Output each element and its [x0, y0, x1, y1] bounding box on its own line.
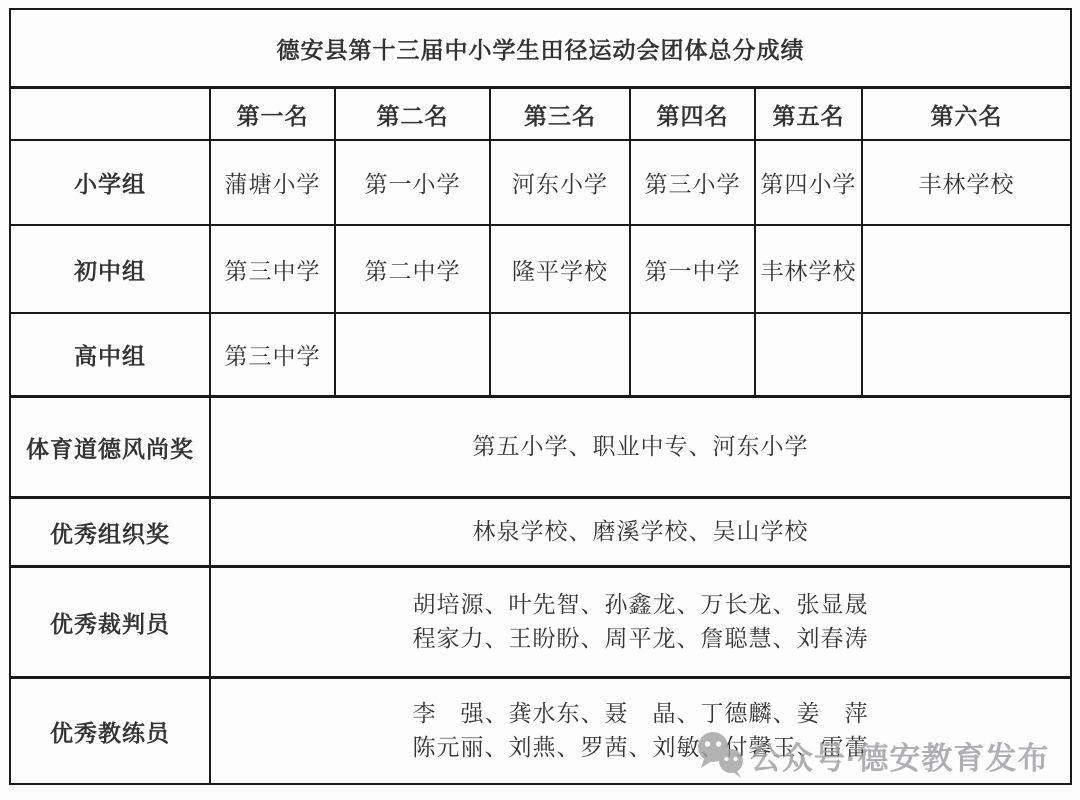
table-cell: 第三中学	[210, 225, 335, 313]
table-row-organization-award: 优秀组织奖 林泉学校、磨溪学校、吴山学校	[10, 498, 1071, 567]
award-winners-cell: 林泉学校、磨溪学校、吴山学校	[210, 498, 1071, 567]
column-header-4th: 第四名	[630, 88, 755, 141]
referee-names-line-2: 程家力、王盼盼、周平龙、詹聪慧、刘春涛	[211, 622, 1070, 656]
table-row-junior-group: 初中组 第三中学 第二中学 隆平学校 第一中学 丰林学校	[10, 225, 1071, 313]
row-label-primary-group: 小学组	[10, 140, 210, 225]
column-header-1st: 第一名	[210, 88, 335, 141]
table-cell: 第二中学	[335, 225, 490, 313]
table-row-primary-group: 小学组 蒲塘小学 第一小学 河东小学 第三小学 第四小学 丰林学校	[10, 140, 1071, 225]
table-row-coaches: 优秀教练员 李 强、龚水东、聂 晶、丁德麟、姜 萍 陈元丽、刘燕、罗茜、刘敏、付…	[10, 678, 1071, 785]
table-cell	[490, 313, 630, 397]
table-cell	[755, 313, 862, 397]
table-cell	[630, 313, 755, 397]
row-label-organization-award: 优秀组织奖	[10, 498, 210, 567]
table-cell: 第三中学	[210, 313, 335, 397]
page-title: 德安县第十三届中小学生田径运动会团体总分成绩	[10, 9, 1071, 88]
document-page: 德安县第十三届中小学生田径运动会团体总分成绩 第一名 第二名 第三名 第四名 第…	[0, 0, 1080, 800]
table-cell: 蒲塘小学	[210, 140, 335, 225]
column-header-3rd: 第三名	[490, 88, 630, 141]
referee-names-cell: 胡培源、叶先智、孙鑫龙、万长龙、张显晟 程家力、王盼盼、周平龙、詹聪慧、刘春涛	[210, 567, 1071, 678]
table-cell: 第四小学	[755, 140, 862, 225]
coach-names-line-1: 李 强、龚水东、聂 晶、丁德麟、姜 萍	[211, 697, 1070, 731]
award-winners-line: 林泉学校、磨溪学校、吴山学校	[211, 515, 1070, 549]
award-winners-line: 第五小学、职业中专、河东小学	[211, 430, 1070, 464]
table-cell: 第三小学	[630, 140, 755, 225]
table-cell: 河东小学	[490, 140, 630, 225]
table-row-referees: 优秀裁判员 胡培源、叶先智、孙鑫龙、万长龙、张显晟 程家力、王盼盼、周平龙、詹聪…	[10, 567, 1071, 678]
referee-names-line-1: 胡培源、叶先智、孙鑫龙、万长龙、张显晟	[211, 588, 1070, 622]
row-label-referees: 优秀裁判员	[10, 567, 210, 678]
table-cell: 隆平学校	[490, 225, 630, 313]
row-label-junior-group: 初中组	[10, 225, 210, 313]
row-label-coaches: 优秀教练员	[10, 678, 210, 785]
row-label-senior-group: 高中组	[10, 313, 210, 397]
award-winners-cell: 第五小学、职业中专、河东小学	[210, 397, 1071, 498]
coach-names-line-2: 陈元丽、刘燕、罗茜、刘敏、付馨玉、雷蕾	[211, 731, 1070, 765]
table-row-ethics-award: 体育道德风尚奖 第五小学、职业中专、河东小学	[10, 397, 1071, 498]
header-row: 第一名 第二名 第三名 第四名 第五名 第六名	[10, 88, 1071, 141]
column-header-2nd: 第二名	[335, 88, 490, 141]
column-header-5th: 第五名	[755, 88, 862, 141]
table-cell: 丰林学校	[755, 225, 862, 313]
table-cell	[862, 313, 1071, 397]
coach-names-cell: 李 强、龚水东、聂 晶、丁德麟、姜 萍 陈元丽、刘燕、罗茜、刘敏、付馨玉、雷蕾	[210, 678, 1071, 785]
row-label-ethics-award: 体育道德风尚奖	[10, 397, 210, 498]
table-cell: 丰林学校	[862, 140, 1071, 225]
score-table: 德安县第十三届中小学生田径运动会团体总分成绩 第一名 第二名 第三名 第四名 第…	[9, 8, 1072, 785]
table-row-senior-group: 高中组 第三中学	[10, 313, 1071, 397]
table-cell	[862, 225, 1071, 313]
corner-cell	[10, 88, 210, 141]
table-cell: 第一中学	[630, 225, 755, 313]
title-row: 德安县第十三届中小学生田径运动会团体总分成绩	[10, 9, 1071, 88]
table-cell: 第一小学	[335, 140, 490, 225]
column-header-6th: 第六名	[862, 88, 1071, 141]
table-cell	[335, 313, 490, 397]
